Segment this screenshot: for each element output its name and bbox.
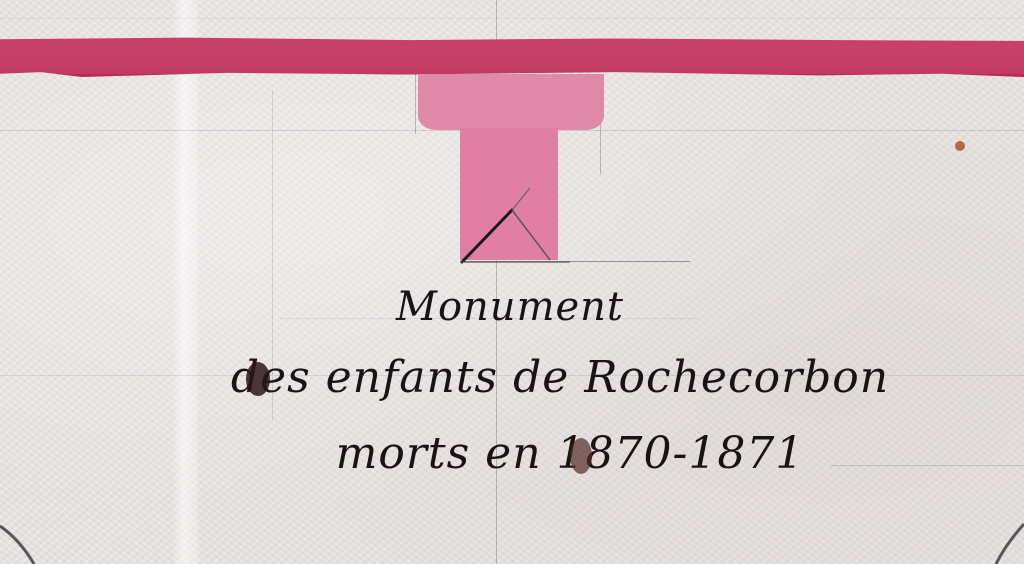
rust-spot [955, 141, 965, 151]
caption-line-monument: Monument [300, 284, 720, 330]
ink-triangle-mark [450, 180, 580, 280]
ink-blot-left [246, 362, 270, 396]
pencil-guide-horizontal-lower-right [830, 465, 1024, 466]
corner-arc-bottom-right [990, 520, 1024, 564]
monument-capital [418, 74, 604, 130]
pencil-guide-vertical-monument-left [415, 74, 416, 134]
paper-fold-highlight [172, 0, 198, 564]
ink-blot-date [570, 438, 592, 474]
corner-arc-bottom-left [0, 520, 40, 564]
red-cornice-band [0, 36, 1024, 77]
pencil-guide-horizontal-top [0, 18, 1024, 19]
caption-line-enfants: des enfants de Rochecorbon [230, 352, 890, 403]
